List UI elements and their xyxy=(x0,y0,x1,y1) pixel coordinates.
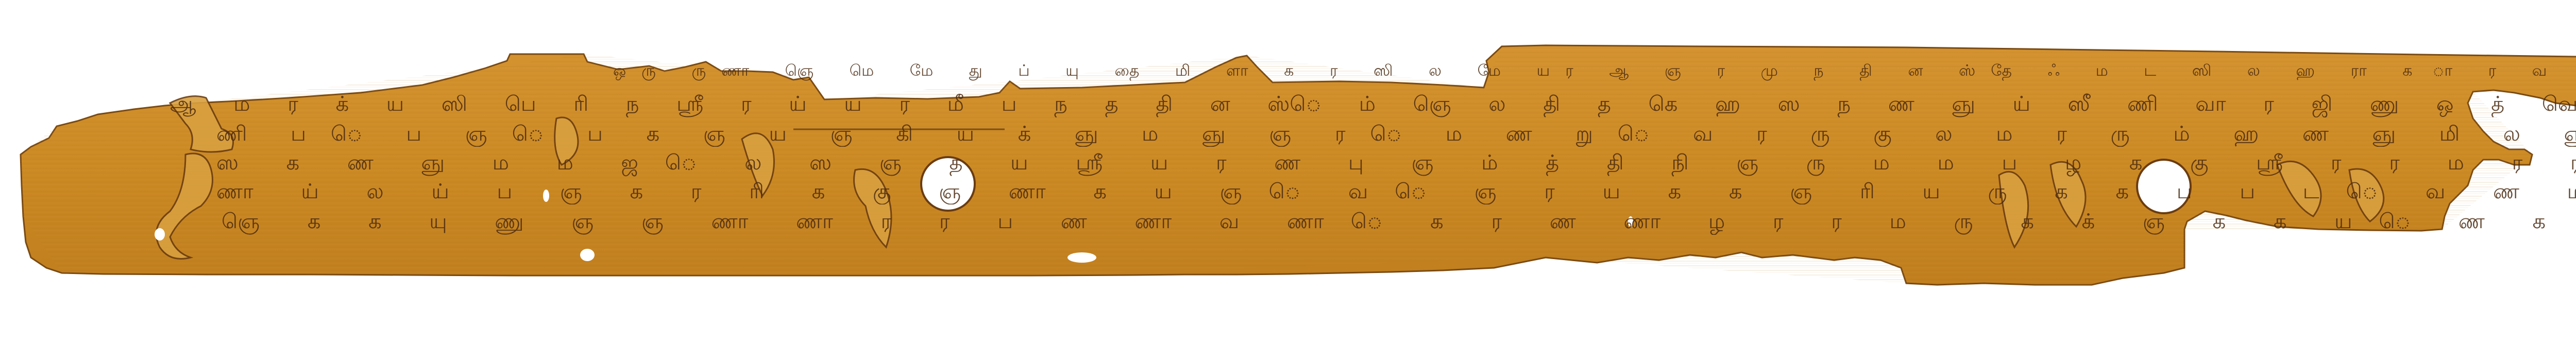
string-hole-left xyxy=(921,157,975,211)
palm-leaf xyxy=(0,0,2576,342)
string-hole-right xyxy=(2137,160,2191,213)
manuscript-scene: ஒரு ருணா ஞெ மெ மே து ப் யு தை மி ளா க ர … xyxy=(0,0,2576,342)
leaf-fiber-texture xyxy=(21,46,2576,285)
